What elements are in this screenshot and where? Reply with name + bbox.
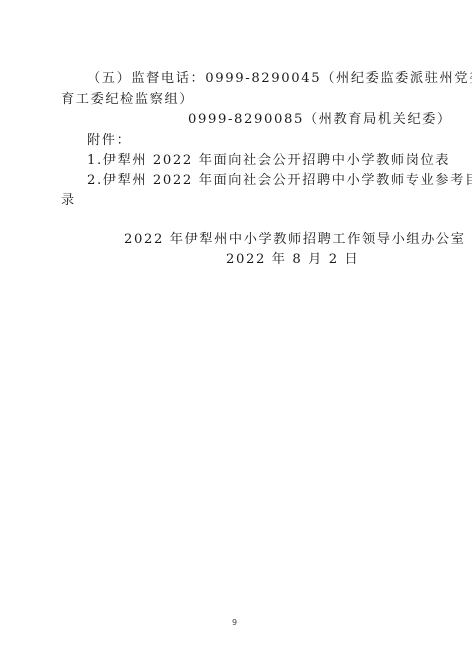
document-page: （五）监督电话：0999-8290045（州纪委监委派驻州党委教 育工委纪检监察… [0,0,472,668]
attachment-item-2-line-2: 录 [61,193,76,209]
supervision-phone-line-2: 育工委纪检监察组） [61,92,194,108]
attachment-item-2-line-1: 2.伊犁州 2022 年面向社会公开招聘中小学教师专业参考目 [87,173,472,189]
supervision-phone-line-1: （五）监督电话：0999-8290045（州纪委监委派驻州党委教 [87,71,472,87]
signature-organization: 2022 年伊犁州中小学教师招聘工作领导小组办公室 [124,232,466,248]
signature-date: 2022 年 8 月 2 日 [226,252,359,268]
supervision-phone-line-3: 0999-8290085（州教育局机关纪委） [188,112,452,128]
page-number: 9 [232,618,237,627]
attachments-label: 附件： [87,133,131,149]
attachment-item-1: 1.伊犁州 2022 年面向社会公开招聘中小学教师岗位表 [87,153,450,169]
